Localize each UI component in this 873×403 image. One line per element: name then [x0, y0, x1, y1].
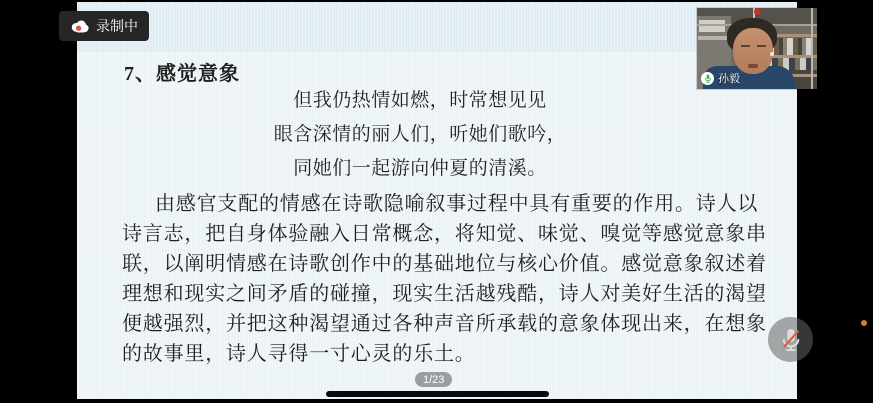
person-earbud [770, 52, 774, 56]
recording-label: 录制中 [96, 16, 138, 36]
webcam-scene-chair [792, 70, 817, 89]
red-dot-decor [754, 8, 761, 15]
poem-line: 但我仍热情如燃，时常想见见 [60, 84, 780, 118]
poem-line: 眼含深情的丽人们，听她们歌吟， [60, 118, 780, 152]
webcam-scene-pole [811, 8, 813, 89]
participant-name: 孙毅 [718, 70, 740, 86]
mic-muted-icon [780, 328, 802, 352]
person-mouth [748, 64, 758, 68]
participant-name-tag: 孙毅 [701, 70, 740, 86]
paragraph-line: 便越强烈，并把这种渴望通过各种声音所承载的意象体现出来，在想象 [122, 309, 747, 339]
paragraph-block: 由感官支配的情感在诗歌隐喻叙事过程中具有重要的作用。诗人以诗言志，把自身体验融入… [122, 189, 747, 369]
screen: 7、感觉意象 但我仍热情如燃，时常想见见眼含深情的丽人们，听她们歌吟，同她们一起… [0, 0, 873, 403]
webcam-scene-box [699, 20, 725, 32]
webcam-thumbnail[interactable]: 孙毅 [697, 8, 817, 89]
person-eyebrow [757, 45, 766, 47]
mic-icon [704, 74, 712, 83]
recording-badge: 录制中 [59, 11, 149, 41]
person-eyebrow [741, 45, 750, 47]
paragraph-line: 的故事里，诗人寻得一寸心灵的乐土。 [122, 339, 747, 369]
paragraph-line: 理想和现实之间矛盾的碰撞，现实生活越残酷，诗人对美好生活的渴望 [122, 279, 747, 309]
accent-dot [861, 320, 867, 326]
presentation-slide: 7、感觉意象 但我仍热情如燃，时常想见见眼含深情的丽人们，听她们歌吟，同她们一起… [77, 2, 797, 399]
paragraph-line: 联，以阐明情感在诗歌创作中的基础地位与核心价值。感觉意象叙述着 [122, 249, 747, 279]
page-indicator: 1/23 [415, 372, 452, 387]
paragraph-line: 由感官支配的情感在诗歌隐喻叙事过程中具有重要的作用。诗人以 [122, 189, 747, 219]
mic-status-circle [701, 72, 714, 85]
mic-mute-button[interactable] [768, 317, 813, 362]
cloud-record-icon [70, 19, 89, 34]
paragraph-line: 诗言志，把自身体验融入日常概念，将知觉、味觉、嗅觉等感觉意象串 [122, 219, 747, 249]
poem-line: 同她们一起游向仲夏的清溪。 [60, 152, 780, 186]
webcam-scene-box [698, 36, 728, 40]
page-indicator-text: 1/23 [423, 374, 444, 386]
home-indicator-bar[interactable] [326, 391, 549, 397]
poem-block: 但我仍热情如燃，时常想见见眼含深情的丽人们，听她们歌吟，同她们一起游向仲夏的清溪… [60, 84, 780, 186]
slide-title: 7、感觉意象 [124, 57, 240, 86]
